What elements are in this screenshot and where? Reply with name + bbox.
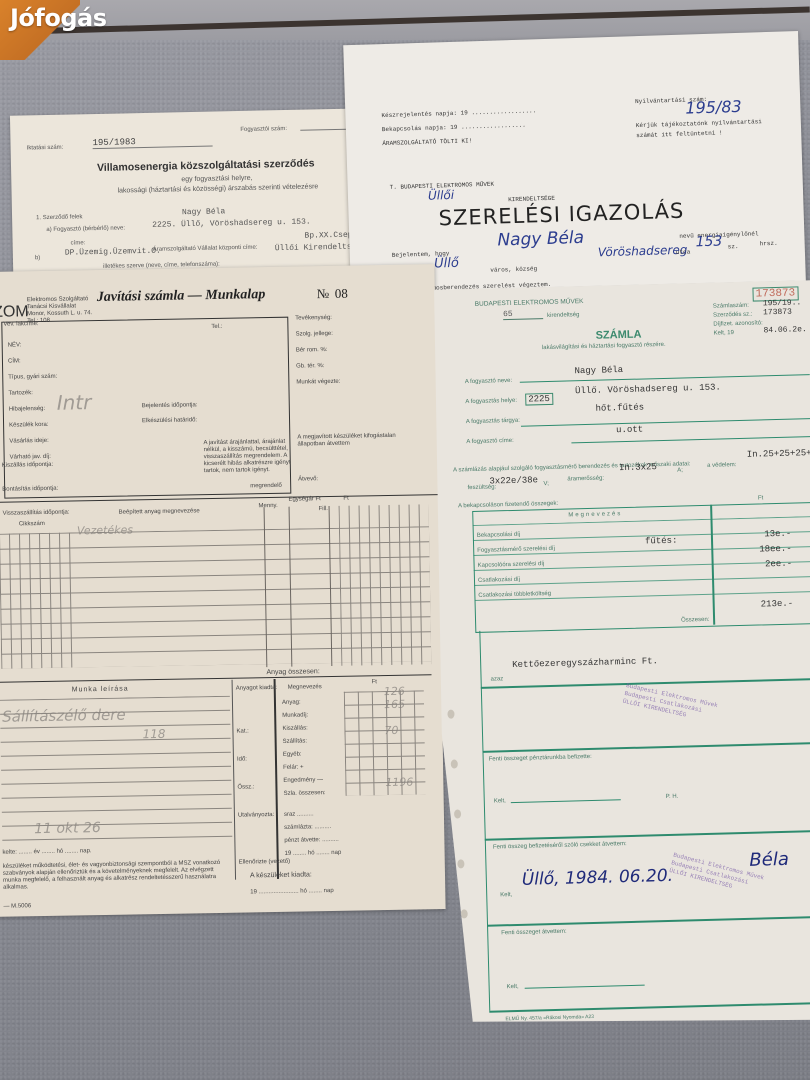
ph-label: P. H. [666, 794, 679, 800]
bill-meta-values: 195/19.. 173873 84.06.2e. [763, 298, 807, 335]
repair-notice: A javítást árajánlattal, árajánlat nélkü… [203, 439, 292, 476]
orderer-label: megrendelő [250, 483, 282, 490]
header-ft: Ft [343, 496, 348, 502]
bill-subtitle: lakásvilágítási és háztartási fogyasztó … [542, 342, 666, 351]
summary-handwritten-values: 126 165 70 1196 [384, 685, 414, 789]
header-qty: Menny. [258, 503, 277, 509]
fee-header-ft: Ft [758, 495, 763, 501]
address-value: u.ott [616, 425, 643, 436]
work-handwritten: Sállítászélő dere [2, 706, 126, 726]
fee-total-label: Összesen: [681, 617, 710, 624]
kelt-label-2: Kelt, [500, 892, 512, 898]
fee-note-heating: fűtés: [645, 536, 678, 547]
customer-field-labels: NÉV: CÍM: Típus, gyári szám: Tartozék: H… [8, 337, 59, 466]
subject-label: A fogyasztás tárgya: [466, 418, 520, 425]
divider [232, 680, 236, 880]
punch-hole [447, 710, 454, 719]
work-handwritten-2: 118 [142, 727, 165, 741]
amount-label: A bekapcsoláson fizetendő összegek: [458, 501, 558, 510]
receiver-label: Átvevő: [298, 476, 318, 482]
protection-label: a védelem: [707, 462, 737, 469]
summary-left-labels: Kat.: Idő: Össz.: Utalványozta: [236, 717, 274, 830]
branch-handwritten: Üllői [428, 188, 455, 203]
kelt-label-1: Kelt, [494, 798, 506, 804]
work-date-handwritten: 11 okt 26 [34, 820, 101, 837]
number-handwritten: 153 [695, 233, 722, 250]
contract-subtitle-1: egy fogyasztási helyre, [181, 175, 252, 183]
consumer-name: Nagy Béla [574, 365, 623, 376]
customer-fields: Vev. lakcíme: [3, 313, 39, 336]
party-label: 1. Szerződő felek [36, 214, 82, 221]
material-handwritten: Vezetékes [77, 523, 133, 537]
consumer-label: a) Fogyasztó (bérbérlő) neve: [46, 225, 125, 233]
voltage-value: 3x22e/38e [489, 475, 538, 486]
repaired-note: A megjavított készüléket kifogástalan ál… [297, 433, 407, 449]
issued-label: A készüléket kiadta: [250, 871, 312, 879]
repair-invoice-document: ZOM Elektromos Szolgáltató Tanácsi Kisvá… [0, 264, 446, 917]
date-fields-upper: Bejelentés időpontja: Elkészülési határi… [142, 398, 198, 429]
protection-value: In.25+25+25+ [747, 448, 810, 460]
issued-date: 19 ........................ hó ........ … [250, 888, 333, 895]
current-value: In.3x25 [619, 462, 657, 473]
place-label: A fogyasztás helye: [465, 398, 517, 405]
subject-value: hőt.fűtés [595, 402, 644, 413]
street-label: utca [676, 249, 691, 256]
work-header: Munka leírása [72, 686, 129, 694]
jofogas-logo: Jófogás [10, 4, 107, 32]
underline [521, 418, 810, 427]
punch-hole [454, 809, 461, 818]
consumer-name: Nagy Béla [182, 207, 225, 217]
current-label: áramerősség: [567, 476, 604, 483]
punch-hole [451, 759, 458, 768]
footer-text: készüléket működtetési, élet- és vagyonb… [3, 860, 233, 892]
fogyasztoi-label: Fogyasztói szám: [240, 126, 287, 133]
iktatasi-label: Iktatási szám: [27, 145, 64, 152]
header-unit-price: Egységár Ft [288, 496, 320, 503]
bill-title: SZÁMLA [595, 329, 641, 342]
consumer-label: A fogyasztó neve: [465, 378, 513, 385]
divider [274, 679, 279, 879]
verified-label: Ellenőrizte (vezető) [239, 859, 290, 866]
punch-hole [457, 859, 464, 868]
fee-total-value: 213e.- [761, 599, 794, 610]
report-date-label: Készrejelentés napja: 19 ...............… [381, 107, 536, 119]
cheque-date-handwritten: Üllő, 1984. 06.20. [522, 866, 674, 890]
consumer-address: 2225. Üllő, Vöröshadsereg u. 153. [152, 218, 311, 230]
contract-title: Villamosenergia közszolgáltatási szerződ… [97, 157, 315, 174]
address-label: A fogyasztó címe: [466, 438, 514, 445]
bill-meta-labels: Számlaszám: Szerződés sz.: Díjfizet. azo… [713, 301, 763, 338]
provider-branch: Üllői Kirendeltség [275, 242, 362, 253]
sz-label: sz. [728, 243, 739, 250]
fill-note: ÁRAMSZOLGÁLTATÓ TÖLTI KI! [382, 137, 472, 147]
postcode-box: 2225 [525, 393, 553, 406]
contract-subtitle-2: lakossági (háztartási és közösségi) ársz… [117, 183, 318, 194]
pencil-scribble: Intr [56, 390, 91, 415]
bill-branch-label: kirendeltség [547, 312, 580, 319]
summary-header-issued: Anyagot kiadta: [236, 685, 277, 692]
cikkszam-grid [0, 533, 73, 669]
ft-grid [339, 504, 432, 666]
b-label: b) [35, 255, 40, 261]
bill-document: BUDAPESTI ELEKTROMOS MŰVEK 65 kirendelts… [422, 280, 810, 1030]
address-label: címe: [71, 240, 86, 246]
header-fill: Fill. [319, 506, 328, 512]
right-field-labels: Tevékenység: Szolg. jellege: Bér rom. %:… [295, 310, 340, 391]
voltage-unit: V; [543, 481, 549, 487]
register-value: 195/83 [685, 97, 742, 118]
city-handwritten: Üllő [434, 256, 459, 272]
fee-row-values: 13e.- 18ee.- 2ee.- [759, 527, 793, 573]
connect-date-label: Bekapcsolás napja: 19 .................. [382, 122, 526, 134]
register-note-1: Kérjük tájékoztatónk nyilvántartási [636, 118, 762, 129]
bill-branch-number: 65 [503, 309, 543, 320]
invoice-number-label: № [317, 286, 330, 302]
payment-rows: sraz .......... számlázta: .......... pé… [284, 808, 342, 861]
b-value: DP.Üzemig.Üzemvit.O. [65, 247, 161, 258]
summary-row-labels: Anyag: Munkadíj: Kiszállás: Szállítás: E… [282, 696, 326, 801]
signature: Béla [749, 849, 789, 871]
register-note-2: számát itt feltüntetni ! [636, 129, 723, 139]
material-total-label: Anyag összesen: [266, 668, 319, 676]
header-cikkszam: Cikkszám [19, 521, 45, 527]
hrsz-label: hrsz. [760, 240, 778, 248]
invoice-form-code: — M.5006 [3, 903, 31, 909]
summary-header-name: Megnevezés [288, 684, 322, 691]
work-date-label: kelte: ........ év ........ hó ........ … [2, 848, 91, 856]
fee-row-labels: Bekapcsolási díj Fogyasztásmérő szerelés… [477, 527, 557, 604]
invoice-title: Javítási számla — Munkalap [97, 287, 266, 306]
underline [571, 436, 810, 443]
summary-header-ft: Ft [372, 679, 377, 685]
provider-center-label: Áramszolgáltató Vállalat központi címe: [153, 245, 258, 253]
underline [520, 374, 810, 383]
current-unit: A; [677, 467, 683, 473]
bill-company: BUDAPESTI ELEKTROMOS MŰVEK [475, 298, 584, 308]
bill-form-code: ELMŰ Ny. 457/a «Rákosi Nyomda» A23 [505, 1014, 594, 1022]
city-label: város, község [490, 265, 537, 273]
punch-hole [461, 909, 468, 918]
iktatasi-value: 195/1983 [92, 136, 212, 150]
words-label: azaz [491, 676, 504, 682]
certificate-title: SZERELÉSI IGAZOLÁS [438, 199, 684, 231]
invoice-number: 08 [335, 286, 348, 302]
street-handwritten: Vöröshadsereg [598, 243, 688, 260]
tel-label: Tel.: [211, 324, 222, 330]
place-value: Üllő. Vöröshadsereg u. 153. [575, 382, 721, 396]
name-handwritten: Nagy Béla [497, 228, 584, 251]
kelt-label-3: Kelt, [507, 984, 519, 990]
